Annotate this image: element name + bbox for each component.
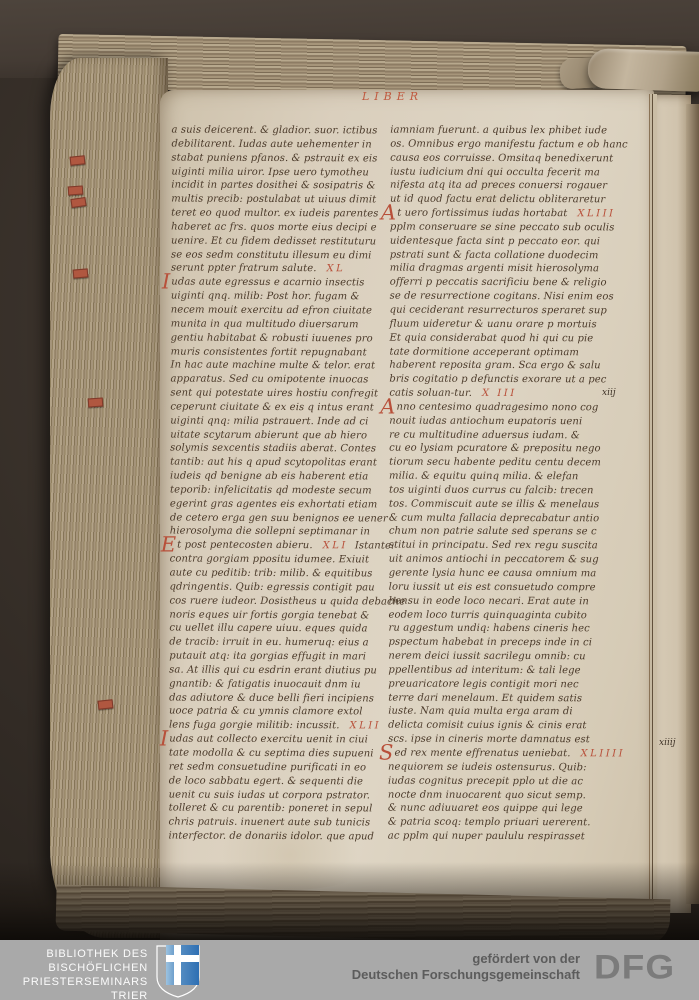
text-line: debilitarent. Iudas aute uehementer in xyxy=(171,137,389,152)
library-name-line: BISCHÖFLICHEN xyxy=(0,961,148,975)
chapter-number-rubric: XLIIII xyxy=(580,748,625,759)
book-photo: LIBER a suis deicerent. & gladior. suor.… xyxy=(0,0,699,940)
line-text: ac pplm qui nuper paululu respirasset xyxy=(388,831,585,843)
line-text: iuste. Nam quia multa erga aram di xyxy=(388,706,573,718)
text-line: lens fuga gorgie militib: incussit.XLII xyxy=(169,719,387,734)
text-line: iustu iudicium dni qui occulta fecerit m… xyxy=(390,165,632,180)
text-line: tiorum secu habente peditu centu decem xyxy=(389,456,631,471)
line-text: cu eo lysiam pcuratore & prepositu nego xyxy=(389,443,601,455)
chapter-number-rubric: XL xyxy=(327,264,346,275)
line-text: ed rex mente effrenatus ueniebat. xyxy=(395,748,571,760)
line-text: tate dormitione acceperant optimam xyxy=(389,346,579,358)
line-text: uenit cu suis iudas ut corpora pstrator. xyxy=(169,789,370,801)
red-leaf-tab xyxy=(70,155,86,166)
line-text: de tracib: irruit in eu. humeruq: eius a xyxy=(169,637,368,649)
text-line: das adiutore & duce belli fieri incipien… xyxy=(169,691,387,706)
line-text: tos. Commiscuit aute se illis & menelaus xyxy=(389,498,599,510)
line-text: t post pentecosten abieru. xyxy=(177,540,312,552)
line-text: nifesta atq ita ad preces conuersi rogau… xyxy=(390,180,607,192)
line-text: hensu in eode loco necari. Erat aute in xyxy=(389,595,589,607)
text-line: In hac aute machine multe & telor. erat xyxy=(170,359,388,374)
line-text: egerint gras agentes eis exhortati etiam xyxy=(170,498,378,510)
line-text: & patria scoq: templo priuari uererent. xyxy=(388,817,591,829)
text-column-right: iamniam fuerunt. a quibus lex phibet iud… xyxy=(388,124,633,851)
line-text: In hac aute machine multe & telor. erat xyxy=(171,360,376,372)
line-text: t uero fortissimus iudas hortabat xyxy=(397,208,567,220)
line-text: teporib: infelicitatis qd modeste secum xyxy=(170,484,372,496)
funding-credit-line: Deutschen Forschungsgemeinschaft xyxy=(250,967,580,983)
text-line: stitui in principatu. Sed rex regu susci… xyxy=(389,539,631,554)
text-line: munita in qua multitudo diuersarum xyxy=(171,317,389,332)
text-line: re cu multitudine aduersus iudam. & xyxy=(389,428,631,443)
text-line: cos ruere iudeor. Dosistheus u quida deb… xyxy=(169,594,387,609)
text-line: egerint gras agentes eis exhortati etiam xyxy=(170,497,388,512)
line-text: stitui in principatu. Sed rex regu susci… xyxy=(389,540,598,552)
text-line: de cetero erga gen suu benignos ee uener xyxy=(170,511,388,526)
text-line: teporib: infelicitatis qd modeste secum xyxy=(170,483,388,498)
line-text: pspectum habebat in preceps inde in ci xyxy=(388,637,592,649)
line-text: re cu multitudine aduersus iudam. & xyxy=(389,429,580,441)
text-line: tos. Commiscuit aute se illis & menelaus xyxy=(389,497,631,512)
text-line: se de resurrectione cogitans. Nisi enim … xyxy=(390,290,632,305)
text-line: multis precib: postulabat ut uiuus dimit xyxy=(171,193,389,208)
text-line: tantib: aut his q apud scytopolitas eran… xyxy=(170,456,388,471)
text-line: Et quia considerabat quod hi qui cu pie xyxy=(389,331,631,346)
library-name: BIBLIOTHEK DES BISCHÖFLICHEN PRIESTERSEM… xyxy=(0,947,148,1000)
text-line: sent qui potestate uires hostiu confregi… xyxy=(170,387,388,402)
text-line: Iudas aut collecto exercitu uenit in ciu… xyxy=(169,733,387,748)
text-line: incidit in partes dosithei & sosipatris … xyxy=(171,179,389,194)
line-text: putauit atq: ita gorgias effugit in mari xyxy=(169,651,366,663)
text-line: Et post pentecosten abieru.XLIIstante: xyxy=(170,539,388,554)
text-line: nocte dnm inuocarent quo sicut semp. xyxy=(388,788,630,803)
text-line: stabat puniens pfanos. & pstrauit ex eis xyxy=(171,151,389,166)
line-text: tate modolla & cu septima dies supueni xyxy=(169,747,374,759)
text-line: uitate scytarum abierunt que ab hiero xyxy=(170,428,388,443)
text-line: & patria scoq: templo priuari uererent. xyxy=(388,816,630,831)
line-text: das adiutore & duce belli fieri incipien… xyxy=(169,692,374,704)
line-text: tos uiginti duos currus cu falcib: trece… xyxy=(389,485,594,497)
line-text: nno centesimo quadragesimo nono cog xyxy=(397,401,599,413)
line-text: sent qui potestate uires hostiu confregi… xyxy=(170,388,378,400)
line-text: ceperunt ciuitate & ex eis q intus erant xyxy=(170,401,374,413)
text-line: pspectum habebat in preceps inde in ci xyxy=(388,636,630,651)
text-line: chris patruis. inuenert aute sub tunicis xyxy=(168,816,386,831)
text-line: iamniam fuerunt. a quibus lex phibet iud… xyxy=(390,124,632,139)
line-text: loru iussit ut eis est consuetudo compre xyxy=(389,581,596,593)
text-line: se eos sedm constitutu illesum eu dimi xyxy=(171,248,389,263)
text-line: uiginti qnq: milia pstrauert. Inde ad ci xyxy=(170,414,388,429)
text-line: bris cogitatio p defunctis exorare ut a … xyxy=(389,373,631,388)
red-leaf-tab xyxy=(68,185,84,195)
red-leaf-tab xyxy=(98,699,114,710)
chapter-initial: E xyxy=(161,533,177,557)
text-line: terre dari menelaum. Et quidem satis xyxy=(388,691,630,706)
chapter-number-rubric: XLI xyxy=(323,541,348,552)
text-line: eodem loco turris quinquaginta cubito xyxy=(389,608,631,623)
text-line: tate modolla & cu septima dies supueni xyxy=(169,746,387,761)
text-line: haberet ac frs. quos morte eius decipi e xyxy=(171,220,389,235)
text-line: Iudas aute egressus e acarnio insectis xyxy=(171,276,389,291)
text-line: delicta comisit cuius ignis & cinis erat xyxy=(388,719,630,734)
text-line: iudas cognitus precepit pplo ut die ac xyxy=(388,774,630,789)
line-text: causa eos corruisse. Omsitaq benedixerun… xyxy=(390,152,613,164)
funding-credit: gefördert von der Deutschen Forschungsge… xyxy=(250,951,580,983)
line-text: uitate scytarum abierunt que ab hiero xyxy=(170,429,367,441)
line-text: incidit in partes dosithei & sosipatris … xyxy=(171,180,375,192)
running-title: LIBER xyxy=(362,90,452,103)
right-page-stack-edge xyxy=(686,104,699,904)
text-line: teret eo quod multor. ex iudeis parentes xyxy=(171,207,389,222)
text-line: de loco sabbatu egert. & sequenti die xyxy=(169,774,387,789)
text-line: noris eques uir fortis gorgia tenebat & xyxy=(169,608,387,623)
line-text: iudeis qd benigne ab eis haberent etia xyxy=(170,471,368,483)
line-text: se eos sedm constitutu illesum eu dimi xyxy=(171,249,372,261)
line-text: catis soluan-tur. xyxy=(389,388,472,399)
text-line: uiginti milia uiror. Ipse uero tymotheu xyxy=(171,165,389,180)
line-text: ret sedm consuetudine purificati in eo xyxy=(169,761,366,773)
text-line: contra gorgiam ppositu idumee. Exiuit xyxy=(170,553,388,568)
text-line: catis soluan-tur.X III xyxy=(389,387,631,402)
line-text: preuaricatore legis contigit mori nec xyxy=(388,678,578,690)
line-text: gentiu habitabat & robusti iuuenes pro xyxy=(171,332,373,344)
footer-banner: BIBLIOTHEK DES BISCHÖFLICHEN PRIESTERSEM… xyxy=(0,940,699,1000)
red-leaf-tab xyxy=(73,268,89,278)
text-line: a suis deicerent. & gladior. suor. ictib… xyxy=(172,124,390,139)
line-text: nequiorem se iudeis ostensurus. Quib: xyxy=(388,761,587,773)
dfg-logo: DFG xyxy=(594,948,675,987)
text-line: solymis sexcentis stadiis aberat. Contes xyxy=(170,442,388,457)
chapter-initial: S xyxy=(379,741,394,765)
text-line: gerente lysia hunc ee causa omnium ma xyxy=(389,567,631,582)
line-text: qdringentis. Quib: egressis contigit pau xyxy=(170,581,375,593)
text-line: preuaricatore legis contigit mori nec xyxy=(388,677,630,692)
text-line: milia. & equitu quinq milia. & elefan xyxy=(389,470,631,485)
text-line: nerem deici iussit sacrilegu omnib: cu xyxy=(388,650,630,665)
text-line: uoce patria & cu ymnis clamore extol xyxy=(169,705,387,720)
line-text: tantib: aut his q apud scytopolitas eran… xyxy=(170,457,377,469)
text-line: ret sedm consuetudine purificati in eo xyxy=(169,760,387,775)
library-name-line: PRIESTERSEMINARS TRIER xyxy=(0,975,148,1000)
line-text: apparatus. Sed cu omipotente inuocas xyxy=(170,374,368,386)
text-line: os. Omnibus ergo manifestu factum e ob h… xyxy=(390,137,632,152)
line-text: cos ruere iudeor. Dosistheus u quida deb… xyxy=(169,595,405,607)
text-line: ppellentibus ad interitum: & tali lege xyxy=(388,663,630,678)
text-line: interfector. de donariis idolor. que apu… xyxy=(168,830,386,845)
line-text: iustu iudicium dni qui occulta fecerit m… xyxy=(390,166,600,178)
chapter-initial: A xyxy=(380,394,395,418)
line-text: scs. ipse in cineris morte damnatus est xyxy=(388,734,590,746)
page-gutter xyxy=(649,94,657,936)
text-column-left: a suis deicerent. & gladior. suor. ictib… xyxy=(168,124,389,849)
line-text: sa. At illis qui cu esdrin erant diutius… xyxy=(169,664,377,676)
line-text: haberet ac frs. quos morte eius decipi e xyxy=(171,221,377,233)
text-line: aute cu peditib: trib: milib. & equitibu… xyxy=(170,567,388,582)
line-text: uit animos antiochi in peccatorem & sug xyxy=(389,554,599,566)
line-text: nocte dnm inuocarent quo sicut semp. xyxy=(388,789,586,801)
library-name-line: BIBLIOTHEK DES xyxy=(0,947,148,961)
line-text: haberent reposita gram. Sca ergo & salu xyxy=(389,360,600,372)
line-text: uidentesque facta sint p peccato eor. qu… xyxy=(390,235,600,247)
text-line: uenire. Et cu fidem dedisset restituturu xyxy=(171,234,389,249)
line-text: contra gorgiam ppositu idumee. Exiuit xyxy=(170,554,369,566)
line-text: uenire. Et cu fidem dedisset restituturu xyxy=(171,235,376,247)
line-text: muris consistentes fortit repugnabant xyxy=(171,346,367,358)
margin-note-lower: xiiij xyxy=(659,738,676,748)
text-line: chum non patrie salute sed sperans se c xyxy=(389,525,631,540)
chapter-initial: A xyxy=(381,201,396,225)
line-text: chum non patrie salute sed sperans se c xyxy=(389,526,597,538)
text-line: pplm conseruare se sine peccato sub ocul… xyxy=(390,220,632,235)
text-line: nouit iudas antiochum eupatoris ueni xyxy=(389,414,631,429)
chapter-number-rubric: X III xyxy=(482,388,517,399)
line-text: de cetero erga gen suu benignos ee uener xyxy=(170,512,388,524)
line-text: pplm conseruare se sine peccato sub ocul… xyxy=(390,221,615,233)
text-line: nifesta atq ita ad preces conuersi rogau… xyxy=(390,179,632,194)
line-text: hierosolyma die sollepni septimanar in xyxy=(170,526,370,538)
line-text: ru aggestum undiq: habens cineris hec xyxy=(388,623,589,635)
text-line: & nunc adiuuaret eos quippe qui lege xyxy=(388,802,630,817)
line-text: fluum uideretur & uanu orare p mortuis xyxy=(390,318,597,330)
text-line: nequiorem se iudeis ostensurus. Quib: xyxy=(388,760,630,775)
text-line: iudeis qd benigne ab eis haberent etia xyxy=(170,470,388,485)
line-text: milia dragmas argenti misit hierosolyma xyxy=(390,263,599,275)
line-text: noris eques uir fortis gorgia tenebat & xyxy=(169,609,369,621)
line-text: ppellentibus ad interitum: & tali lege xyxy=(388,664,580,676)
line-text: Et quia considerabat quod hi qui cu pie xyxy=(390,332,594,344)
text-line: tolleret & cu parentib: poneret in sepul xyxy=(169,802,387,817)
line-text: uoce patria & cu ymnis clamore extol xyxy=(169,706,363,718)
margin-note-upper: xiij xyxy=(602,388,616,398)
line-text: multis precib: postulabat ut uiuus dimit xyxy=(171,194,376,206)
text-line: hensu in eode loco necari. Erat aute in xyxy=(389,594,631,609)
line-text: bris cogitatio p defunctis exorare ut a … xyxy=(389,374,606,386)
line-text: iudas cognitus precepit pplo ut die ac xyxy=(388,775,583,787)
line-text: munita in qua multitudo diuersarum xyxy=(171,318,359,330)
line-text: cu uellet illu capere uiuu. eques quida xyxy=(169,623,367,635)
text-line: muris consistentes fortit repugnabant xyxy=(171,345,389,360)
chapter-initial: I xyxy=(162,270,171,294)
text-line: ru aggestum undiq: habens cineris hec xyxy=(388,622,630,637)
text-line: & cum multa fallacia deprecabatur antio xyxy=(389,511,631,526)
line-text: uiginti qnq: milia pstrauert. Inde ad ci xyxy=(170,415,368,427)
chapter-number-rubric: XLII xyxy=(349,721,381,732)
line-text: uiginti qnq. milib: Post hor. fugam & xyxy=(171,291,360,303)
line-text: qui ceciderant resurrecturos speraret su… xyxy=(390,305,607,317)
photo-shadow xyxy=(0,862,699,940)
text-line: fluum uideretur & uanu orare p mortuis xyxy=(390,317,632,332)
text-line: At uero fortissimus iudas hortabatXLIII xyxy=(390,207,632,222)
text-line: gentiu habitabat & robusti iuuenes pro xyxy=(171,331,389,346)
line-text: & nunc adiuuaret eos quippe qui lege xyxy=(388,803,583,815)
line-text: tiorum secu habente peditu centu decem xyxy=(389,457,601,469)
line-text: pstrati sunt & facta collatione duodecim xyxy=(390,249,599,261)
text-line: uiginti qnq. milib: Post hor. fugam & xyxy=(171,290,389,305)
line-text: terre dari menelaum. Et quidem satis xyxy=(388,692,582,704)
line-text: iamniam fuerunt. a quibus lex phibet iud… xyxy=(390,125,607,137)
text-line: ac pplm qui nuper paululu respirasset xyxy=(388,830,630,845)
text-line: ut id quod factu erat delictu obliterare… xyxy=(390,193,632,208)
text-line: ceperunt ciuitate & ex eis q intus erant xyxy=(170,400,388,415)
line-text: nouit iudas antiochum eupatoris ueni xyxy=(389,415,582,427)
text-line: serunt ppter fratrum salute.XL xyxy=(171,262,389,277)
text-line: haberent reposita gram. Sca ergo & salu xyxy=(389,359,631,374)
line-text: interfector. de donariis idolor. que apu… xyxy=(168,831,374,843)
text-line: necem mouit exercitu ad efron ciuitate xyxy=(171,303,389,318)
line-text: teret eo quod multor. ex iudeis parentes xyxy=(171,208,378,220)
text-line: putauit atq: ita gorgias effugit in mari xyxy=(169,650,387,665)
text-line: cu eo lysiam pcuratore & prepositu nego xyxy=(389,442,631,457)
line-text: eodem loco turris quinquaginta cubito xyxy=(389,609,587,621)
chapter-number-rubric: XLIII xyxy=(577,208,615,219)
line-text: ut id quod factu erat delictu obliterare… xyxy=(390,194,605,206)
text-line: de tracib: irruit in eu. humeruq: eius a xyxy=(169,636,387,651)
line-text: serunt ppter fratrum salute. xyxy=(171,263,317,275)
text-line: cu uellet illu capere uiuu. eques quida xyxy=(169,622,387,637)
text-line: offerri p peccatis sacrificiu bene & rel… xyxy=(390,276,632,291)
text-line: causa eos corruisse. Omsitaq benedixerun… xyxy=(390,151,632,166)
line-text: udas aute egressus e acarnio insectis xyxy=(171,277,364,289)
text-line: Sed rex mente effrenatus ueniebat.XLIIII xyxy=(388,747,630,762)
line-text: de loco sabbatu egert. & sequenti die xyxy=(169,775,363,787)
library-shield-logo-icon xyxy=(152,943,204,1000)
line-text: tolleret & cu parentib: poneret in sepul xyxy=(169,803,373,815)
line-text: se de resurrectione cogitans. Nisi enim … xyxy=(390,291,614,303)
red-leaf-tab xyxy=(88,397,104,407)
line-text: & cum multa fallacia deprecabatur antio xyxy=(389,512,599,524)
line-text: lens fuga gorgie militib: incussit. xyxy=(169,720,340,732)
funding-credit-line: gefördert von der xyxy=(250,951,580,967)
line-text: delicta comisit cuius ignis & cinis erat xyxy=(388,720,586,732)
line-text: uiginti milia uiror. Ipse uero tymotheu xyxy=(171,166,369,178)
text-line: qui ceciderant resurrecturos speraret su… xyxy=(390,304,632,319)
text-line: qdringentis. Quib: egressis contigit pau xyxy=(170,580,388,595)
line-text: solymis sexcentis stadiis aberat. Contes xyxy=(170,443,376,455)
line-text: stabat puniens pfanos. & pstrauit ex eis xyxy=(171,152,377,164)
line-text: a suis deicerent. & gladior. suor. ictib… xyxy=(172,125,378,137)
text-line: iuste. Nam quia multa erga aram di xyxy=(388,705,630,720)
line-text: gnantib: & fatigatis inuocauit dnm iu xyxy=(169,678,361,690)
line-text: nerem deici iussit sacrilegu omnib: cu xyxy=(388,651,585,663)
text-line: tos uiginti duos currus cu falcib: trece… xyxy=(389,484,631,499)
text-line: uenit cu suis iudas ut corpora pstrator. xyxy=(169,788,387,803)
text-line: uit animos antiochi in peccatorem & sug xyxy=(389,553,631,568)
line-text: chris patruis. inuenert aute sub tunicis xyxy=(169,817,371,829)
line-text: udas aut collecto exercitu uenit in ciui xyxy=(169,734,368,746)
chapter-initial: I xyxy=(160,727,169,751)
text-line: gnantib: & fatigatis inuocauit dnm iu xyxy=(169,677,387,692)
text-line: pstrati sunt & facta collatione duodecim xyxy=(390,248,632,263)
line-text: milia. & equitu quinq milia. & elefan xyxy=(389,471,578,483)
line-text: gerente lysia hunc ee causa omnium ma xyxy=(389,568,597,580)
line-text: os. Omnibus ergo manifestu factum e ob h… xyxy=(390,138,628,150)
manuscript-viewer: LIBER a suis deicerent. & gladior. suor.… xyxy=(0,0,699,1000)
clasp-strap xyxy=(587,48,699,92)
line-text: aute cu peditib: trib: milib. & equitibu… xyxy=(170,568,373,580)
text-line: scs. ipse in cineris morte damnatus est xyxy=(388,733,630,748)
text-line: sa. At illis qui cu esdrin erant diutius… xyxy=(169,663,387,678)
line-text: necem mouit exercitu ad efron ciuitate xyxy=(171,304,372,316)
line-text: debilitarent. Iudas aute uehementer in xyxy=(171,138,371,150)
text-line: milia dragmas argenti misit hierosolyma xyxy=(390,262,632,277)
text-line: Anno centesimo quadragesimo nono cog xyxy=(389,400,631,415)
line-text: offerri p peccatis sacrificiu bene & rel… xyxy=(390,277,607,289)
text-line: uidentesque facta sint p peccato eor. qu… xyxy=(390,234,632,249)
text-line: hierosolyma die sollepni septimanar in xyxy=(170,525,388,540)
text-line: loru iussit ut eis est consuetudo compre xyxy=(389,580,631,595)
text-line: tate dormitione acceperant optimam xyxy=(389,345,631,360)
text-line: apparatus. Sed cu omipotente inuocas xyxy=(170,373,388,388)
